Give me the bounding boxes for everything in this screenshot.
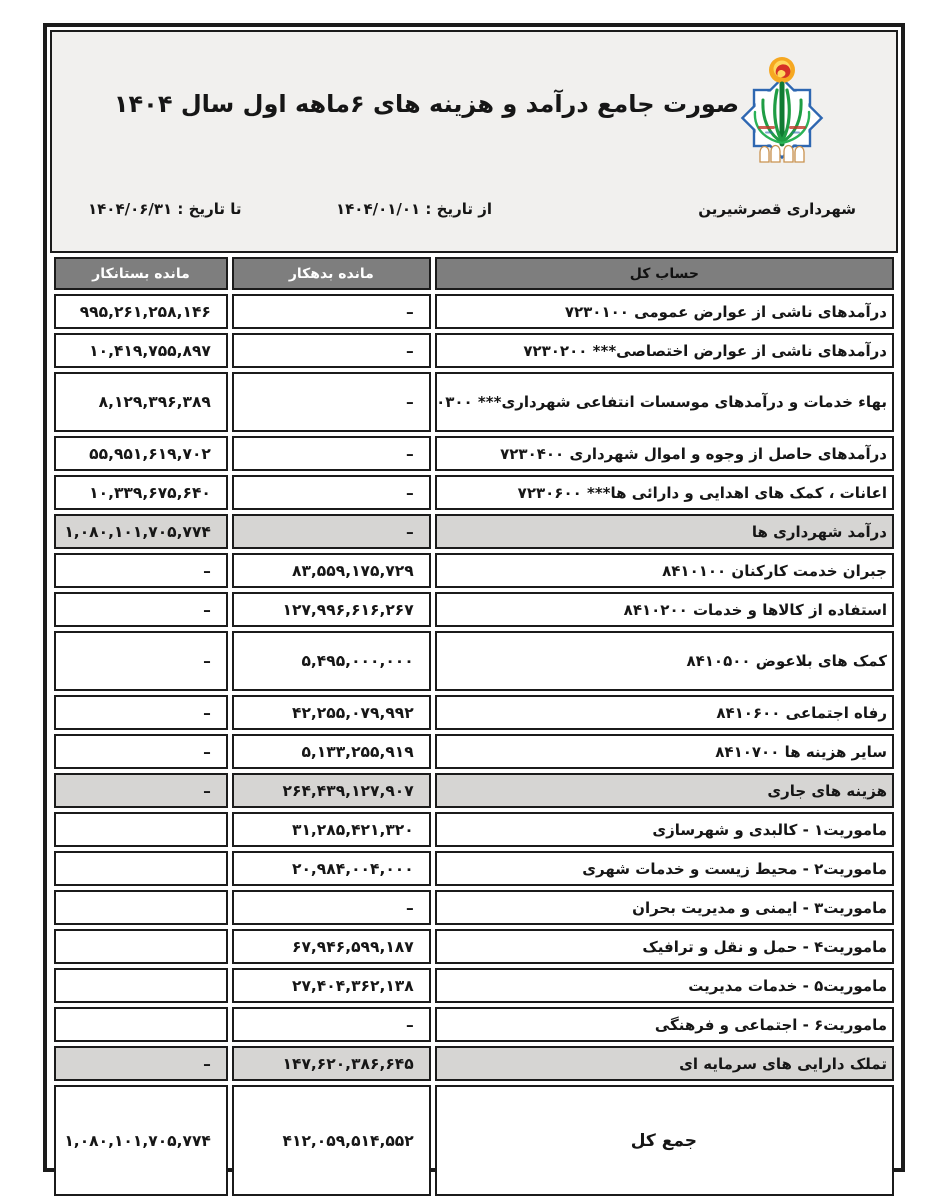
table-row: درآمدهای ناشی از عوارض اختصاصی*** ۷۲۳۰۲۰… bbox=[54, 333, 894, 368]
table-row: هزینه های جاری ۲۶۴,۴۳۹,۱۲۷,۹۰۷ – bbox=[54, 773, 894, 808]
account-cell: هزینه های جاری bbox=[435, 773, 894, 808]
account-cell: سایر هزینه ها ۸۴۱۰۷۰۰ bbox=[435, 734, 894, 769]
debit-cell: – bbox=[232, 372, 431, 432]
debit-cell: – bbox=[232, 294, 431, 329]
column-header-credit: مانده بستانکار bbox=[54, 257, 228, 290]
date-from: از تاریخ : ۱۴۰۴/۰۱/۰۱ bbox=[336, 200, 492, 218]
table-row: درآمدهای حاصل از وجوه و اموال شهرداری ۷۲… bbox=[54, 436, 894, 471]
debit-cell: ۳۱,۲۸۵,۴۲۱,۳۲۰ bbox=[232, 812, 431, 847]
report-title: صورت جامع درآمد و هزینه های ۶ماهه اول سا… bbox=[52, 90, 801, 118]
table-row: ماموریت۲ - محیط زیست و خدمات شهری ۲۰,۹۸۴… bbox=[54, 851, 894, 886]
table-row: بهاء خدمات و درآمدهای موسسات انتفاعی شهر… bbox=[54, 372, 894, 432]
credit-cell: ۹۹۵,۲۶۱,۲۵۸,۱۴۶ bbox=[54, 294, 228, 329]
credit-cell bbox=[54, 851, 228, 886]
debit-cell: ۴۲,۲۵۵,۰۷۹,۹۹۲ bbox=[232, 695, 431, 730]
municipality-logo bbox=[732, 44, 832, 176]
credit-cell: ۱,۰۸۰,۱۰۱,۷۰۵,۷۷۴ bbox=[54, 514, 228, 549]
credit-cell bbox=[54, 812, 228, 847]
account-cell: رفاه اجتماعی ۸۴۱۰۶۰۰ bbox=[435, 695, 894, 730]
table-row: اعانات ، کمک های اهدایی و دارائی ها*** ۷… bbox=[54, 475, 894, 510]
credit-cell bbox=[54, 929, 228, 964]
account-cell: ماموریت۳ - ایمنی و مدیریت بحران bbox=[435, 890, 894, 925]
account-cell: کمک های بلاعوض ۸۴۱۰۵۰۰ bbox=[435, 631, 894, 691]
table-row: جمع کل ۴۱۲,۰۵۹,۵۱۴,۵۵۲ ۱,۰۸۰,۱۰۱,۷۰۵,۷۷۴ bbox=[54, 1085, 894, 1196]
debit-cell: ۱۴۷,۶۲۰,۳۸۶,۶۴۵ bbox=[232, 1046, 431, 1081]
debit-cell: ۲۶۴,۴۳۹,۱۲۷,۹۰۷ bbox=[232, 773, 431, 808]
account-cell: جبران خدمت کارکنان ۸۴۱۰۱۰۰ bbox=[435, 553, 894, 588]
credit-cell: – bbox=[54, 1046, 228, 1081]
credit-cell: – bbox=[54, 631, 228, 691]
credit-cell: ۱۰,۳۳۹,۶۷۵,۶۴۰ bbox=[54, 475, 228, 510]
table-row: ماموریت۱ - کالبدی و شهرسازی ۳۱,۲۸۵,۴۲۱,۳… bbox=[54, 812, 894, 847]
credit-cell: ۸,۱۲۹,۳۹۶,۳۸۹ bbox=[54, 372, 228, 432]
credit-cell: – bbox=[54, 592, 228, 627]
column-header-debit: مانده بدهکار bbox=[232, 257, 431, 290]
credit-cell: ۵۵,۹۵۱,۶۱۹,۷۰۲ bbox=[54, 436, 228, 471]
account-cell: جمع کل bbox=[435, 1085, 894, 1196]
account-cell: درآمد شهرداری ها bbox=[435, 514, 894, 549]
table-row: درآمدهای ناشی از عوارض عمومی ۷۲۳۰۱۰۰ – ۹… bbox=[54, 294, 894, 329]
debit-cell: ۵,۱۳۳,۲۵۵,۹۱۹ bbox=[232, 734, 431, 769]
accounts-table: حساب کل مانده بدهکار مانده بستانکار درآم… bbox=[50, 253, 898, 1200]
account-cell: ماموریت۱ - کالبدی و شهرسازی bbox=[435, 812, 894, 847]
account-cell: تملک دارایی های سرمایه ای bbox=[435, 1046, 894, 1081]
debit-cell: ۴۱۲,۰۵۹,۵۱۴,۵۵۲ bbox=[232, 1085, 431, 1196]
accounts-table-body: درآمدهای ناشی از عوارض عمومی ۷۲۳۰۱۰۰ – ۹… bbox=[54, 294, 894, 1196]
credit-cell: – bbox=[54, 553, 228, 588]
table-row: ماموریت۵ - خدمات مدیریت ۲۷,۴۰۴,۳۶۲,۱۳۸ bbox=[54, 968, 894, 1003]
account-cell: درآمدهای ناشی از عوارض عمومی ۷۲۳۰۱۰۰ bbox=[435, 294, 894, 329]
credit-cell bbox=[54, 890, 228, 925]
report-header: صورت جامع درآمد و هزینه های ۶ماهه اول سا… bbox=[50, 30, 898, 253]
account-cell: درآمدهای ناشی از عوارض اختصاصی*** ۷۲۳۰۲۰… bbox=[435, 333, 894, 368]
account-cell: درآمدهای حاصل از وجوه و اموال شهرداری ۷۲… bbox=[435, 436, 894, 471]
organization-name: شهرداری قصرشیرین bbox=[698, 200, 856, 218]
account-cell: ماموریت۵ - خدمات مدیریت bbox=[435, 968, 894, 1003]
credit-cell: – bbox=[54, 773, 228, 808]
municipality-emblem-icon bbox=[732, 44, 832, 176]
debit-cell: – bbox=[232, 475, 431, 510]
table-row: درآمد شهرداری ها – ۱,۰۸۰,۱۰۱,۷۰۵,۷۷۴ bbox=[54, 514, 894, 549]
credit-cell bbox=[54, 1007, 228, 1042]
table-row: جبران خدمت کارکنان ۸۴۱۰۱۰۰ ۸۳,۵۵۹,۱۷۵,۷۲… bbox=[54, 553, 894, 588]
debit-cell: – bbox=[232, 333, 431, 368]
account-cell: بهاء خدمات و درآمدهای موسسات انتفاعی شهر… bbox=[435, 372, 894, 432]
table-row: استفاده از کالاها و خدمات ۸۴۱۰۲۰۰ ۱۲۷,۹۹… bbox=[54, 592, 894, 627]
debit-cell: ۶۷,۹۴۶,۵۹۹,۱۸۷ bbox=[232, 929, 431, 964]
debit-cell: ۱۲۷,۹۹۶,۶۱۶,۲۶۷ bbox=[232, 592, 431, 627]
account-cell: استفاده از کالاها و خدمات ۸۴۱۰۲۰۰ bbox=[435, 592, 894, 627]
debit-cell: ۲۰,۹۸۴,۰۰۴,۰۰۰ bbox=[232, 851, 431, 886]
debit-cell: – bbox=[232, 1007, 431, 1042]
debit-cell: ۲۷,۴۰۴,۳۶۲,۱۳۸ bbox=[232, 968, 431, 1003]
table-row: ماموریت۳ - ایمنی و مدیریت بحران – bbox=[54, 890, 894, 925]
debit-cell: – bbox=[232, 890, 431, 925]
debit-cell: – bbox=[232, 514, 431, 549]
document-page: صورت جامع درآمد و هزینه های ۶ماهه اول سا… bbox=[43, 23, 905, 1172]
table-row: ماموریت۴ - حمل و نقل و ترافیک ۶۷,۹۴۶,۵۹۹… bbox=[54, 929, 894, 964]
table-header-row: حساب کل مانده بدهکار مانده بستانکار bbox=[54, 257, 894, 290]
table-row: رفاه اجتماعی ۸۴۱۰۶۰۰ ۴۲,۲۵۵,۰۷۹,۹۹۲ – bbox=[54, 695, 894, 730]
scanned-report-page: { "report": { "title": "صورت جامع درآمد … bbox=[0, 0, 934, 1200]
account-cell: ماموریت۲ - محیط زیست و خدمات شهری bbox=[435, 851, 894, 886]
credit-cell: ۱۰,۴۱۹,۷۵۵,۸۹۷ bbox=[54, 333, 228, 368]
column-header-account: حساب کل bbox=[435, 257, 894, 290]
credit-cell bbox=[54, 968, 228, 1003]
credit-cell: – bbox=[54, 695, 228, 730]
table-row: کمک های بلاعوض ۸۴۱۰۵۰۰ ۵,۴۹۵,۰۰۰,۰۰۰ – bbox=[54, 631, 894, 691]
table-row: تملک دارایی های سرمایه ای ۱۴۷,۶۲۰,۳۸۶,۶۴… bbox=[54, 1046, 894, 1081]
debit-cell: ۸۳,۵۵۹,۱۷۵,۷۲۹ bbox=[232, 553, 431, 588]
account-cell: ماموریت۶ - اجتماعی و فرهنگی bbox=[435, 1007, 894, 1042]
account-cell: ماموریت۴ - حمل و نقل و ترافیک bbox=[435, 929, 894, 964]
account-cell: اعانات ، کمک های اهدایی و دارائی ها*** ۷… bbox=[435, 475, 894, 510]
debit-cell: – bbox=[232, 436, 431, 471]
credit-cell: – bbox=[54, 734, 228, 769]
credit-cell: ۱,۰۸۰,۱۰۱,۷۰۵,۷۷۴ bbox=[54, 1085, 228, 1196]
debit-cell: ۵,۴۹۵,۰۰۰,۰۰۰ bbox=[232, 631, 431, 691]
date-to: تا تاریخ : ۱۴۰۴/۰۶/۳۱ bbox=[88, 200, 241, 218]
table-row: سایر هزینه ها ۸۴۱۰۷۰۰ ۵,۱۳۳,۲۵۵,۹۱۹ – bbox=[54, 734, 894, 769]
table-row: ماموریت۶ - اجتماعی و فرهنگی – bbox=[54, 1007, 894, 1042]
